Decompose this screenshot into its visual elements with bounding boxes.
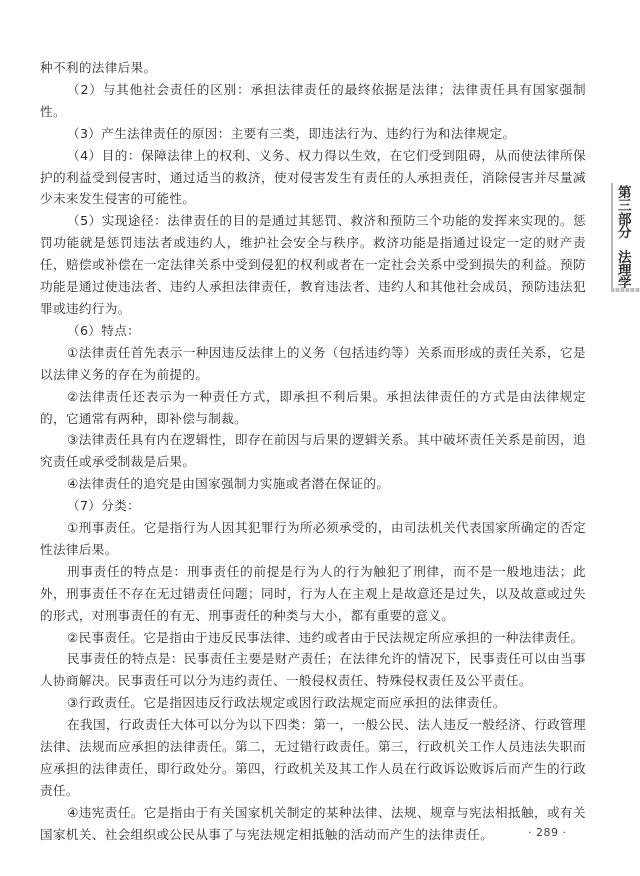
- paragraph: 民事责任的特点是：民事责任主要是财产责任；在法律允许的情况下，民事责任可以由当事…: [40, 648, 586, 692]
- paragraph: 在我国，行政责任大体可以分为以下四类：第一，一般公民、法人违反一般经济、行政管理…: [40, 714, 586, 802]
- list-item: ④违宪责任。它是指由于有关国家机关制定的某种法律、法规、规章与宪法相抵触，或有关…: [40, 802, 586, 846]
- list-item: ①刑事责任。它是指行为人因其犯罪行为所必须承受的，由司法机关代表国家所确定的否定…: [40, 517, 586, 561]
- paragraph: 刑事责任的特点是：刑事责任的前提是行为人的行为触犯了刑律，而不是一般地违法；此外…: [40, 561, 586, 627]
- side-tab-edge-strip: [611, 288, 640, 292]
- list-item: ①法律责任首先表示一种因违反法律上的义务（包括违约等）关系而形成的责任关系，它是…: [40, 342, 586, 386]
- paragraph: （5）实现途径：法律责任的目的是通过其惩罚、救济和预防三个功能的发挥来实现的。惩…: [40, 210, 586, 320]
- paragraph: （2）与其他社会责任的区别：承担法律责任的最终依据是法律；法律责任具有国家强制性…: [40, 79, 586, 123]
- list-item: ③法律责任具有内在逻辑性，即存在前因与后果的逻辑关系。其中破坏责任关系是前因，追…: [40, 429, 586, 473]
- list-item: ②法律责任还表示为一种责任方式，即承担不利后果。承担法律责任的方式是由法律规定的…: [40, 386, 586, 430]
- side-tab-label: 第三部分 法理学: [618, 187, 634, 292]
- paragraph: （4）目的：保障法律上的权利、义务、权力得以生效，在它们受到阻碍，从而使法律所保…: [40, 145, 586, 211]
- list-item: ④法律责任的追究是由国家强制力实施或者潜在保证的。: [40, 473, 586, 495]
- side-tab-subject: 法理学: [618, 250, 632, 293]
- list-heading: （6）特点：: [40, 320, 586, 342]
- list-item: ③行政责任。它是指因违反行政法规定或因行政法规定而应承担的法律责任。: [40, 692, 586, 714]
- list-heading: （7）分类：: [40, 495, 586, 517]
- paragraph: 种不利的法律后果。: [40, 57, 586, 79]
- paragraph: （3）产生法律责任的原因：主要有三类，即违法行为、违约行为和法律规定。: [40, 123, 586, 145]
- side-tab-part: 第三部分: [618, 185, 632, 241]
- section-side-tab: 第三部分 法理学: [611, 183, 640, 288]
- page-body: 种不利的法律后果。 （2）与其他社会责任的区别：承担法律责任的最终依据是法律；法…: [40, 57, 586, 846]
- page-number: · 289 ·: [528, 826, 566, 839]
- list-item: ②民事责任。它是指由于违反民事法律、违约或者由于民法规定所应承担的一种法律责任。: [40, 627, 586, 649]
